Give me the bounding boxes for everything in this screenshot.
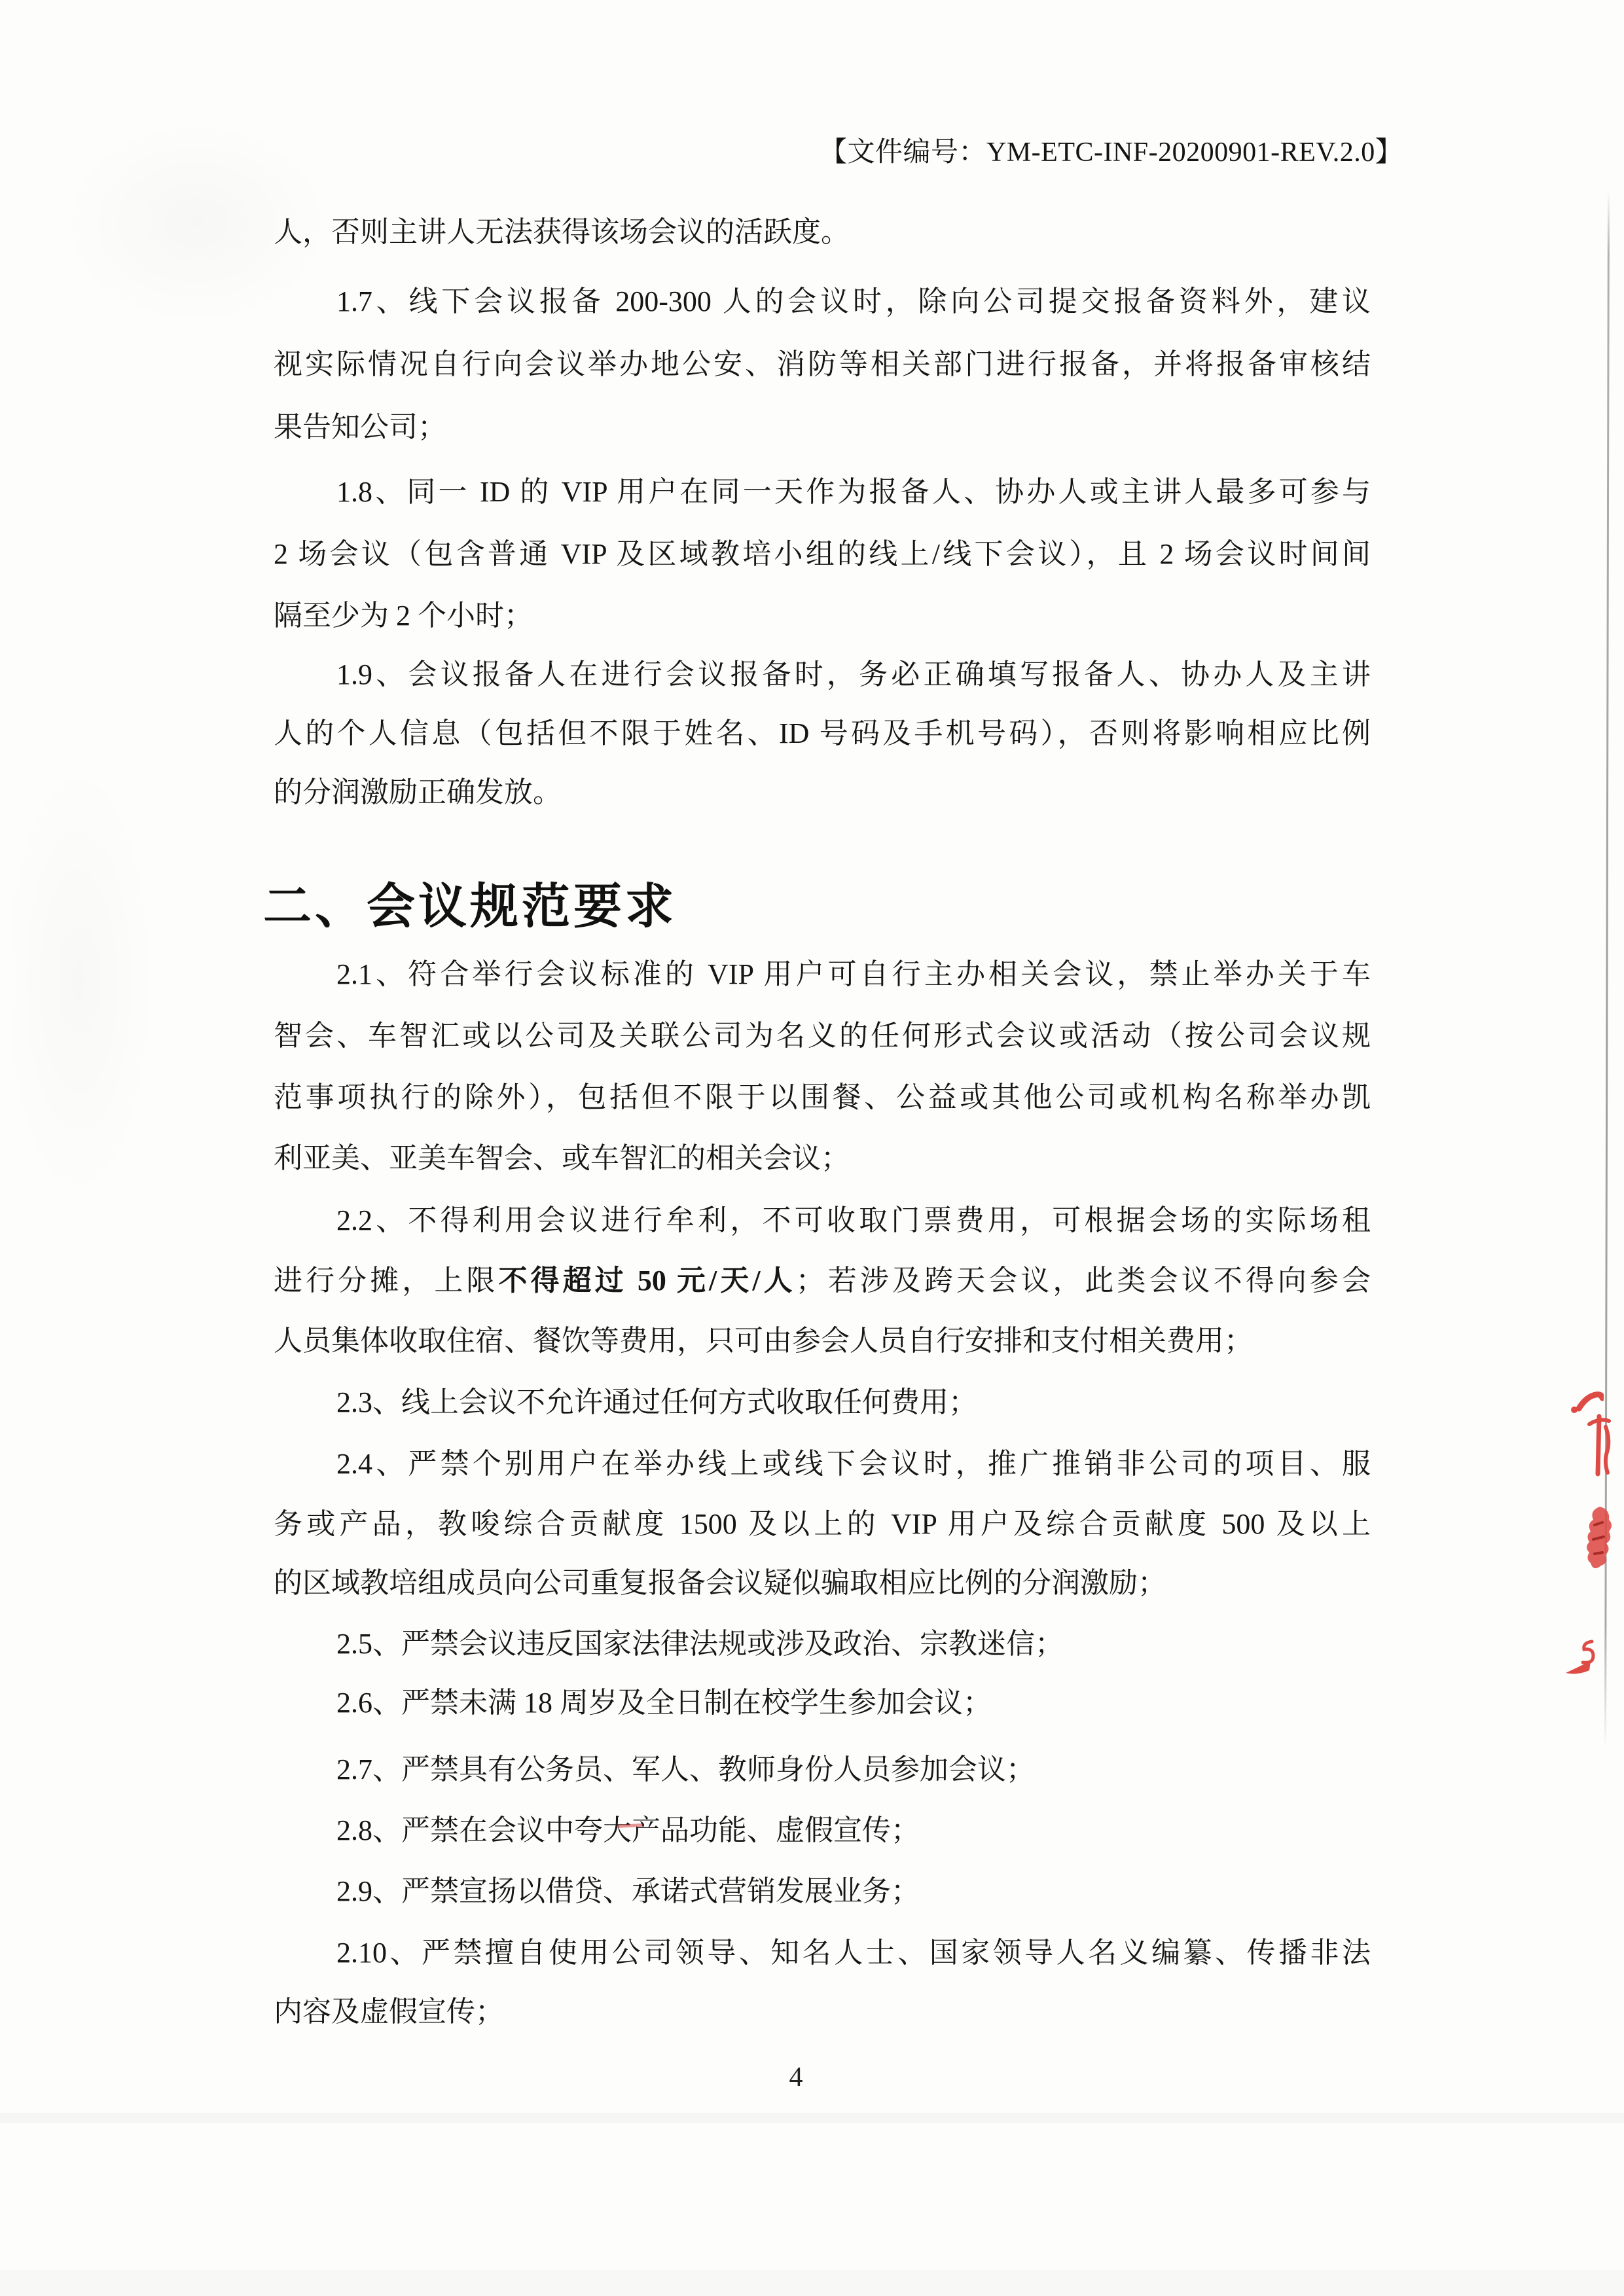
text-line-10: 的分润激励正确发放。: [274, 773, 1371, 812]
red-ink-wedge-icon: [1564, 1660, 1593, 1677]
text-line-18: 2.3、线上会议不允许通过任何方式收取任何费用；: [274, 1383, 1371, 1422]
text-run: 1.9、会议报备人在进行会议报备时，务必正确填写报备人、协办人及主讲: [336, 658, 1371, 691]
text-line-17: 人员集体收取住宿、餐饮等费用，只可由参会人员自行安排和支付相关费用；: [274, 1321, 1371, 1361]
text-run: 2 场会议（包含普通 VIP 及区域教培小组的线上/线下会议），且 2 场会议时…: [274, 538, 1371, 570]
text-run: 2.4、严禁个别用户在举办线上或线下会议时，推广推销非公司的项目、服: [336, 1448, 1371, 1480]
text-line-7: 隔至少为 2 个小时；: [274, 596, 1371, 636]
text-line-6: 2 场会议（包含普通 VIP 及区域教培小组的线上/线下会议），且 2 场会议时…: [274, 535, 1371, 574]
text-line-1: 人，否则主讲人无法获得该场会议的活跃度。: [274, 213, 1371, 252]
text-line-24: 2.7、严禁具有公务员、军人、教师身份人员参加会议；: [274, 1750, 1371, 1789]
text-run: 果告知公司；: [274, 411, 446, 443]
text-run: 2.10、严禁擅自使用公司领导、知名人士、国家领导人名义编纂、传播非法: [336, 1937, 1371, 1969]
text-run: 人的个人信息（包括但不限于姓名、ID 号码及手机号码），否则将影响相应比例: [274, 717, 1371, 749]
text-line-20: 务或产品，教唆综合贡献度 1500 及以上的 VIP 用户及综合贡献度 500 …: [274, 1505, 1371, 1544]
text-line-9: 人的个人信息（包括但不限于姓名、ID 号码及手机号码），否则将影响相应比例: [274, 714, 1371, 753]
text-run: 2.1、符合举行会议标准的 VIP 用户可自行主办相关会议，禁止举办关于车: [336, 958, 1371, 990]
text-run: 内容及虚假宣传；: [274, 1996, 504, 2028]
text-run: 2.8、严禁在会议中夸大产品功能、虚假宣传；: [336, 1814, 920, 1846]
text-run: 2.6、严禁未满 18 周岁及全日制在校学生参加会议；: [336, 1687, 992, 1719]
section-heading: 二、会议规范要求: [263, 878, 677, 936]
text-line-22: 2.5、严禁会议违反国家法律法规或涉及政治、宗教迷信；: [274, 1624, 1371, 1664]
text-line-14: 利亚美、亚美车智会、或车智汇的相关会议；: [274, 1139, 1371, 1178]
red-ink-tick-icon: [1570, 1390, 1604, 1416]
text-line-28: 内容及虚假宣传；: [274, 1992, 1371, 2032]
text-line-23: 2.6、严禁未满 18 周岁及全日制在校学生参加会议；: [274, 1683, 1371, 1723]
text-run: 利亚美、亚美车智会、或车智汇的相关会议；: [274, 1142, 850, 1174]
document-page: 【文件编号：YM-ETC-INF-20200901-REV.2.0】 人，否则主…: [0, 0, 1624, 2296]
text-run: 范事项执行的除外），包括但不限于以围餐、公益或其他公司或机构名称举办凯: [274, 1081, 1371, 1113]
text-run: 进行分摊，上限: [274, 1265, 499, 1297]
text-run: 智会、车智汇或以公司及关联公司为名义的任何形式会议或活动（按公司会议规: [274, 1020, 1371, 1052]
text-line-5: 1.8、同一 ID 的 VIP 用户在同一天作为报备人、协办人或主讲人最多可参与: [274, 473, 1371, 512]
text-line-12: 智会、车智汇或以公司及关联公司为名义的任何形式会议或活动（按公司会议规: [274, 1016, 1371, 1056]
body-text: 人，否则主讲人无法获得该场会议的活跃度。1.7、线下会议报备 200-300 人…: [0, 0, 1624, 2296]
text-run: 隔至少为 2 个小时；: [274, 600, 533, 632]
text-run: 2.9、严禁宣扬以借贷、承诺式营销发展业务；: [336, 1875, 920, 1907]
text-line-21: 的区域教培组成员向公司重复报备会议疑似骗取相应比例的分润激励；: [274, 1564, 1371, 1603]
text-line-3: 视实际情况自行向会议举办地公安、消防等相关部门进行报备，并将报备审核结: [274, 345, 1371, 384]
text-line-16: 进行分摊，上限不得超过 50 元/天/人；若涉及跨天会议，此类会议不得向参会: [274, 1261, 1371, 1300]
text-line-25: 2.8、严禁在会议中夸大产品功能、虚假宣传；: [274, 1811, 1371, 1850]
red-ink-blob-icon: [1580, 1505, 1614, 1573]
text-run: 视实际情况自行向会议举办地公安、消防等相关部门进行报备，并将报备审核结: [274, 348, 1371, 380]
text-run: 人员集体收取住宿、餐饮等费用，只可由参会人员自行安排和支付相关费用；: [274, 1325, 1253, 1357]
text-line-8: 1.9、会议报备人在进行会议报备时，务必正确填写报备人、协办人及主讲: [274, 655, 1371, 694]
text-run: ；若涉及跨天会议，此类会议不得向参会: [796, 1265, 1371, 1297]
text-run: 2.3、线上会议不允许通过任何方式收取任何费用；: [336, 1386, 977, 1418]
red-ink-handwriting-icon: [1584, 1414, 1613, 1479]
text-line-26: 2.9、严禁宣扬以借贷、承诺式营销发展业务；: [274, 1872, 1371, 1911]
text-line-13: 范事项执行的除外），包括但不限于以围餐、公益或其他公司或机构名称举办凯: [274, 1078, 1371, 1117]
text-line-15: 2.2、不得利用会议进行牟利，不可收取门票费用，可根据会场的实际场租: [274, 1201, 1371, 1240]
bold-text-run: 不得超过 50 元/天/人: [499, 1265, 796, 1297]
text-run: 的分润激励正确发放。: [274, 776, 562, 808]
text-run: 务或产品，教唆综合贡献度 1500 及以上的 VIP 用户及综合贡献度 500 …: [274, 1508, 1371, 1540]
text-run: 的区域教培组成员向公司重复报备会议疑似骗取相应比例的分润激励；: [274, 1567, 1166, 1599]
text-line-19: 2.4、严禁个别用户在举办线上或线下会议时，推广推销非公司的项目、服: [274, 1444, 1371, 1484]
text-line-4: 果告知公司；: [274, 408, 1371, 447]
text-line-11: 2.1、符合举行会议标准的 VIP 用户可自行主办相关会议，禁止举办关于车: [274, 955, 1371, 994]
text-run: 2.2、不得利用会议进行牟利，不可收取门票费用，可根据会场的实际场租: [336, 1204, 1371, 1236]
text-line-2: 1.7、线下会议报备 200-300 人的会议时，除向公司提交报备资料外，建议: [274, 282, 1371, 321]
text-run: 2.7、严禁具有公务员、军人、教师身份人员参加会议；: [336, 1753, 1035, 1785]
text-run: 2.5、严禁会议违反国家法律法规或涉及政治、宗教迷信；: [336, 1628, 1064, 1660]
text-run: 人，否则主讲人无法获得该场会议的活跃度。: [274, 216, 850, 248]
text-run: 1.7、线下会议报备 200-300 人的会议时，除向公司提交报备资料外，建议: [336, 285, 1371, 317]
text-run: 1.8、同一 ID 的 VIP 用户在同一天作为报备人、协办人或主讲人最多可参与: [336, 476, 1371, 508]
text-line-27: 2.10、严禁擅自使用公司领导、知名人士、国家领导人名义编纂、传播非法: [274, 1933, 1371, 1973]
page-number: 4: [776, 2060, 816, 2094]
